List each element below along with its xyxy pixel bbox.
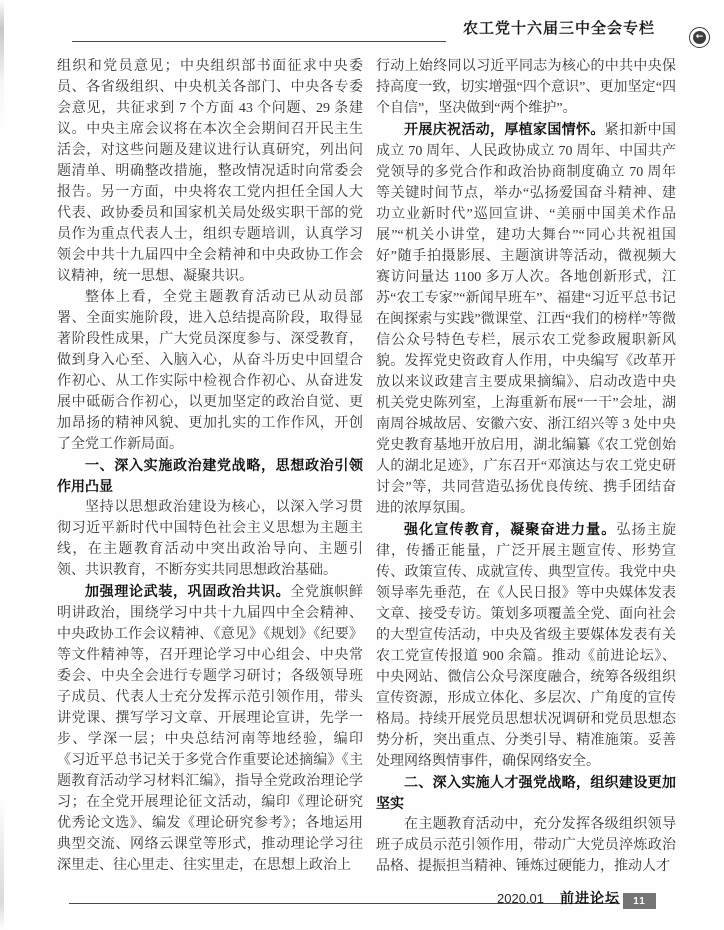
left-column: 组织和党员意见；中央组织部书面征求中央委员、各省级组织、中央机关各部门、中央各专… [57,56,363,876]
footer-text: 2020.01 前进论坛 [497,888,620,908]
column-title: 农工党十六届三中全会专栏 [463,19,655,38]
paragraph-lead: 开展庆祝活动，厚植家国情怀。 [404,121,605,137]
journal-page: 农工党十六届三中全会专栏 ← 组织和党员意见；中央组织部书面征求中央委员、各省级… [0,0,724,930]
paragraph-text: 整体上看，全党主题教育活动已从动员部署、全面实施阶段，进入总结提高阶段，取得显著… [57,290,363,452]
paragraph: 整体上看，全党主题教育活动已从动员部署、全面实施阶段，进入总结提高阶段，取得显著… [57,287,363,455]
paragraph: 在主题教育活动中，充分发挥各级组织领导班子成员示范引领作用，带动广大党员淬炼政治… [376,814,676,876]
paragraph: 加强理论武装，巩固政治共识。全党旗帜鲜明讲政治，围绕学习中共十九届四中全会精神、… [57,581,363,876]
right-column: 行动上始终同以习近平同志为核心的中共中央保持高度一致，切实增强“四个意识”、更加… [376,56,676,876]
paragraph-text: 坚持以思想政治建设为核心，以深入学习贯彻习近平新时代中国特色社会主义思想为主题主… [57,500,363,578]
issue-date: 2020.01 [497,891,544,906]
return-arrow-icon: ← [689,27,710,48]
paragraph-text: 行动上始终同以习近平同志为核心的中共中央保持高度一致，切实增强“四个意识”、更加… [376,59,676,116]
paragraph-text: 一、深入实施政治建党战略，思想政治引领作用凸显 [57,457,363,494]
paragraph: 行动上始终同以习近平同志为核心的中共中央保持高度一致，切实增强“四个意识”、更加… [376,56,676,119]
paragraph-lead: 强化宣传教育，凝聚奋进力量。 [404,521,616,537]
paragraph-text: 紧扣新中国成立 70 周年、人民政协成立 70 周年、中国共产党领导的多党合作和… [376,123,676,516]
section-heading: 一、深入实施政治建党战略，思想政治引领作用凸显 [57,455,363,497]
page-number-badge: 11 [623,893,656,909]
arrow-glyph: ← [693,31,706,44]
paragraph: 开展庆祝活动，厚植家国情怀。紧扣新中国成立 70 周年、人民政协成立 70 周年… [376,119,676,519]
section-heading: 二、深入实施人才强党战略，组织建设更加坚实 [376,772,676,814]
paragraph: 强化宣传教育，凝聚奋进力量。弘扬主旋律，传播正能量，广泛开展主题宣传、形势宣传、… [376,519,676,772]
paragraph-text: 弘扬主旋律，传播正能量，广泛开展主题宣传、形势宣传、政策宣传、成就宣传、典型宣传… [376,523,676,769]
paragraph: 坚持以思想政治建设为核心，以深入学习贯彻习近平新时代中国特色社会主义思想为主题主… [57,497,363,581]
paragraph-text: 全党旗帜鲜明讲政治，围绕学习中共十九届四中全会精神、中央政协工作会议精神、《意见… [57,585,363,873]
header-rule [72,41,446,42]
paragraph-text: 在主题教育活动中，充分发挥各级组织领导班子成员示范引领作用，带动广大党员淬炼政治… [376,817,676,874]
journal-name: 前进论坛 [560,890,620,906]
paragraph: 组织和党员意见；中央组织部书面征求中央委员、各省级组织、中央机关各部门、中央各专… [57,56,363,287]
paragraph-lead: 加强理论武装，巩固政治共识。 [85,583,290,599]
paragraph-text: 二、深入实施人才强党战略，组织建设更加坚实 [376,774,676,811]
scan-edge-artifact [0,0,4,930]
paragraph-text: 组织和党员意见；中央组织部书面征求中央委员、各省级组织、中央机关各部门、中央各专… [57,59,363,284]
